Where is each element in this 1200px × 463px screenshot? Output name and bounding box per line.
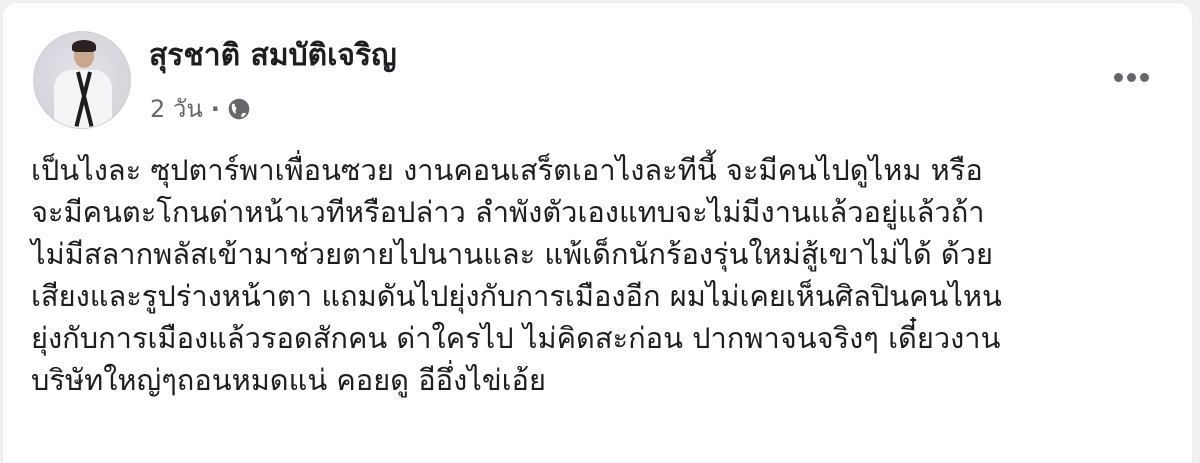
more-options-button[interactable] (1107, 65, 1155, 89)
post-card: สุรชาติ สมบัติเจริญ 2 วัน · เป็นไงละ ซุป… (3, 3, 1192, 446)
post-text-line: เป็นไงละ ซุปตาร์พาเพื่อนซวย งานคอนเสร็ตเ… (31, 149, 1181, 191)
post-text-line: จะมีคนตะโกนด่าหน้าเวทีหรือปล่าว ลำพังตัว… (31, 191, 1181, 233)
ellipsis-dot (1114, 73, 1123, 82)
post-text: เป็นไงละ ซุปตาร์พาเพื่อนซวย งานคอนเสร็ตเ… (31, 149, 1181, 401)
post-meta: 2 วัน · (150, 89, 250, 128)
post-text-line: ไม่มีสลากพลัสเข้ามาช่วยตายไปนานและ แพ้เด… (31, 233, 1181, 275)
avatar-hair (72, 40, 96, 52)
author-avatar[interactable] (33, 31, 131, 129)
ellipsis-dot (1140, 73, 1149, 82)
ellipsis-dot (1127, 73, 1136, 82)
post-text-line: ยุ่งกับการเมืองแล้วรอดสักคน ด่าใครไป ไม่… (31, 317, 1181, 359)
post-text-line: บริษัทใหญ่ๆถอนหมดแน่ คอยดู อีอึ่งไข่เอ้ย (31, 359, 1181, 401)
post-text-line: เสียงและรูปร่างหน้าตา แถมดันไปยุ่งกับการ… (31, 275, 1181, 317)
globe-icon[interactable] (228, 98, 250, 120)
meta-separator: · (211, 95, 220, 123)
author-name[interactable]: สุรชาติ สมบัติเจริญ (149, 37, 397, 75)
post-timestamp[interactable]: 2 วัน (150, 89, 203, 128)
